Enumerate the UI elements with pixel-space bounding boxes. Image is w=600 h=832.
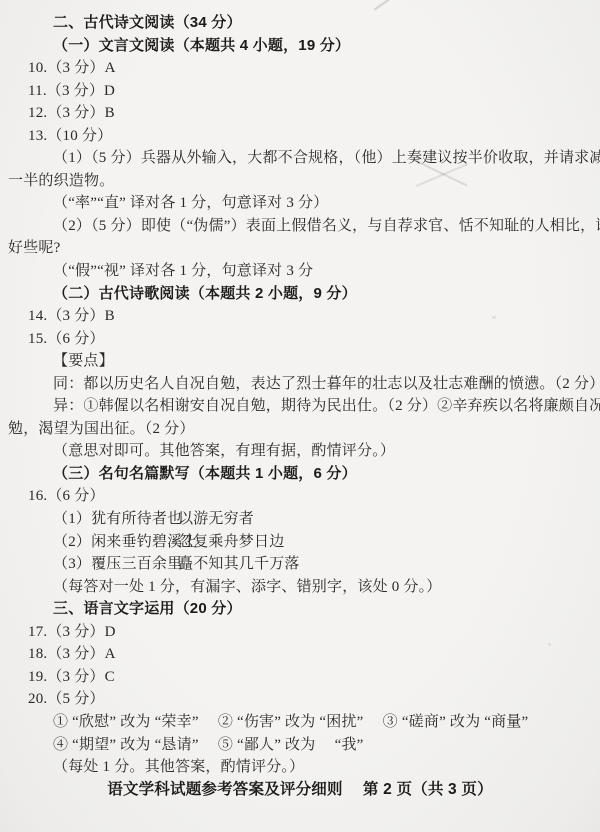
doc-line: 勉，渴望为国出征。（2 分） (0, 418, 600, 441)
doc-line-text: （一）文言文阅读（本题共 4 小题，19 分） (53, 37, 350, 54)
doc-line-text: （3）覆压三百余里 (53, 556, 182, 572)
doc-line-text: 异：①韩偓以名相谢安自况自勉，期待为民出仕。（2 分）②辛弃疾以名将廉颇自况自 (53, 398, 600, 414)
doc-line-text: 一半的织造物。 (8, 173, 114, 189)
doc-line-text: （每处 1 分。其他答案，酌情评分。） (53, 759, 304, 775)
doc-line: 11.（3 分）D (0, 80, 600, 103)
scan-artifact-smudge (374, 0, 395, 11)
doc-line: 12.（3 分）B (0, 102, 600, 125)
doc-line: 20.（5 分） (0, 688, 600, 711)
doc-line-text: 二、古代诗文阅读（34 分） (53, 14, 242, 31)
doc-line-text: ① “欣慰” 改为 “荣幸” ② “伤害” 改为 “困扰” ③ “磋商” 改为 … (53, 714, 528, 730)
doc-line-text: （1）犹有所待者也 (53, 511, 182, 527)
section-heading: 三、语言文字运用（20 分） (0, 598, 600, 621)
doc-line-text: 17.（3 分）D (28, 624, 116, 640)
doc-line: （3）覆压三百余里矗不知其几千万落 (0, 553, 600, 576)
doc-line: 【要点】 (0, 350, 600, 373)
doc-line-text: （意思对即可。其他答案，有理有据，酌情评分。） (53, 443, 395, 459)
doc-line-text: ④ “期望” 改为 “恳请” ⑤ “鄙人” 改为 “我” (53, 737, 364, 753)
doc-line-text: 好些呢? (8, 240, 60, 256)
doc-line-text: （1）（5 分）兵器从外输入，大都不合规格，（他）上奏建议按半价收取，并请求减少 (53, 150, 600, 166)
doc-line-text: （2）（5 分）即使（“伪儒”）表面上假借名义，与自荐求官、恬不知耻的人相比，谁 (53, 218, 600, 234)
doc-line-text: 语文学科试题参考答案及评分细则 第 2 页（共 3 页） (107, 781, 493, 798)
doc-line: 18.（3 分）A (0, 643, 600, 666)
doc-line: 好些呢? (0, 237, 600, 260)
doc-line: 19.（3 分）C (0, 666, 600, 689)
doc-line: 一半的织造物。 (0, 170, 600, 193)
doc-line-text: 三、语言文字运用（20 分） (53, 600, 242, 617)
doc-line: 异：①韩偓以名相谢安自况自勉，期待为民出仕。（2 分）②辛弃疾以名将廉颇自况自 (0, 395, 600, 418)
doc-line: ④ “期望” 改为 “恳请” ⑤ “鄙人” 改为 “我” (0, 734, 600, 757)
doc-line-text: （三）名句名篇默写（本题共 1 小题，6 分） (53, 465, 357, 482)
doc-line-text: 同：都以历史名人自况自勉，表达了烈士暮年的壮志以及壮志难酬的愤懑。（2 分） (53, 376, 600, 392)
doc-line: 16.（6 分） (0, 485, 600, 508)
doc-line: ① “欣慰” 改为 “荣幸” ② “伤害” 改为 “困扰” ③ “磋商” 改为 … (0, 711, 600, 734)
doc-line-text-col2: 以游无穷者 (178, 508, 254, 531)
doc-line-text: （2）闲来垂钓碧溪上 (53, 534, 198, 550)
doc-line: 15.（6 分） (0, 328, 600, 351)
doc-line-text: 12.（3 分）B (28, 105, 115, 121)
doc-line: 17.（3 分）D (0, 621, 600, 644)
doc-line-text: 11.（3 分）D (28, 83, 115, 99)
doc-line-text: （“假”“视” 译对各 1 分，句意译对 3 分 (53, 263, 313, 279)
doc-line-text: 15.（6 分） (28, 331, 105, 347)
doc-line: （1）（5 分）兵器从外输入，大都不合规格，（他）上奏建议按半价收取，并请求减少 (0, 147, 600, 170)
doc-line: 13.（10 分） (0, 125, 600, 148)
doc-line-text: （二）古代诗歌阅读（本题共 2 小题，9 分） (53, 285, 357, 302)
doc-line: 同：都以历史名人自况自勉，表达了烈士暮年的壮志以及壮志难酬的愤懑。（2 分） (0, 373, 600, 396)
doc-line-text: 勉，渴望为国出征。（2 分） (8, 421, 195, 437)
doc-line: 14.（3 分）B (0, 305, 600, 328)
doc-line-text: 13.（10 分） (28, 128, 112, 144)
section-heading: 二、古代诗文阅读（34 分） (0, 12, 600, 35)
doc-line-text-col2: 矗不知其几千万落 (178, 553, 300, 576)
scanned-answer-sheet-page: 二、古代诗文阅读（34 分）（一）文言文阅读（本题共 4 小题，19 分）10.… (0, 0, 600, 832)
doc-line-text: 16.（6 分） (28, 488, 105, 504)
doc-line-text: 19.（3 分）C (28, 669, 115, 685)
doc-line-text: 10.（3 分）A (28, 60, 116, 76)
section-heading: （二）古代诗歌阅读（本题共 2 小题，9 分） (0, 283, 600, 306)
doc-line: （“假”“视” 译对各 1 分，句意译对 3 分 (0, 260, 600, 283)
doc-line-text: 20.（5 分） (28, 691, 105, 707)
doc-line-text: 18.（3 分）A (28, 646, 116, 662)
doc-line-text: （每答对一处 1 分，有漏字、添字、错别字，该处 0 分。） (53, 579, 442, 595)
doc-line: 10.（3 分）A (0, 57, 600, 80)
doc-line: （意思对即可。其他答案，有理有据，酌情评分。） (0, 440, 600, 463)
document-body: 二、古代诗文阅读（34 分）（一）文言文阅读（本题共 4 小题，19 分）10.… (0, 12, 600, 801)
section-heading: （三）名句名篇默写（本题共 1 小题，6 分） (0, 463, 600, 486)
doc-line-text: 【要点】 (53, 353, 114, 369)
doc-line: （每处 1 分。其他答案，酌情评分。） (0, 756, 600, 779)
doc-line-text: 14.（3 分）B (28, 308, 115, 324)
page-footer: 语文学科试题参考答案及评分细则 第 2 页（共 3 页） (0, 779, 600, 802)
section-heading: （一）文言文阅读（本题共 4 小题，19 分） (0, 35, 600, 58)
doc-line: （1）犹有所待者也以游无穷者 (0, 508, 600, 531)
doc-line: （“率”“直” 译对各 1 分，句意译对 3 分） (0, 192, 600, 215)
doc-line: （每答对一处 1 分，有漏字、添字、错别字，该处 0 分。） (0, 576, 600, 599)
doc-line: （2）（5 分）即使（“伪儒”）表面上假借名义，与自荐求官、恬不知耻的人相比，谁 (0, 215, 600, 238)
doc-line-text-col2: 忽复乘舟梦日边 (178, 531, 284, 554)
doc-line-text: （“率”“直” 译对各 1 分，句意译对 3 分） (53, 195, 328, 211)
doc-line: （2）闲来垂钓碧溪上忽复乘舟梦日边 (0, 531, 600, 554)
